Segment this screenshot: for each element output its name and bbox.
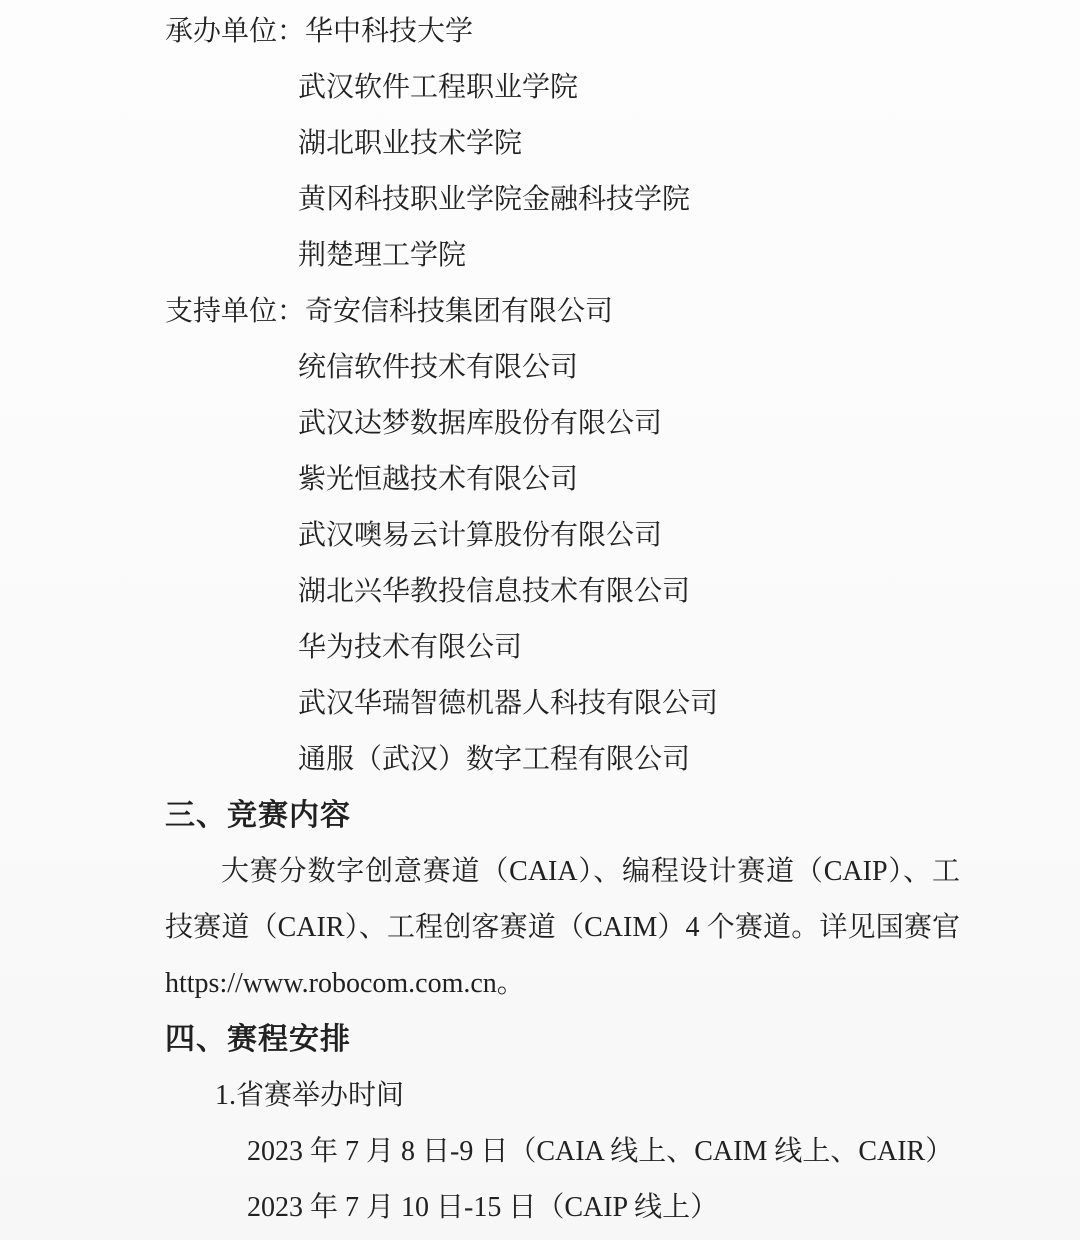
organizer-item: 武汉软件工程职业学院 [298, 60, 960, 116]
supporter-item: 武汉达梦数据库股份有限公司 [298, 396, 960, 452]
supporter-item: 华为技术有限公司 [298, 620, 960, 676]
schedule-date: 2023 年 7 月 8 日-9 日（CAIA 线上、CAIM 线上、CAIR） [247, 1124, 960, 1180]
paragraph-line: 技赛道（CAIR）、工程创客赛道（CAIM）4 个赛道。详见国赛官网 [165, 900, 960, 956]
supporter-item: 紫光恒越技术有限公司 [298, 452, 960, 508]
supporter-item: 通服（武汉）数字工程有限公司 [298, 732, 960, 788]
supporter-block: 支持单位：奇安信科技集团有限公司 统信软件技术有限公司 武汉达梦数据库股份有限公… [165, 284, 960, 788]
supporter-item: 奇安信科技集团有限公司 [305, 296, 613, 327]
organizer-item: 湖北职业技术学院 [298, 116, 960, 172]
official-site-url-text: https://www.robocom.com.cn。 [165, 956, 960, 1012]
document-page: 承办单位：华中科技大学 武汉软件工程职业学院 湖北职业技术学院 黄冈科技职业学院… [0, 0, 1080, 1240]
supporter-item: 湖北兴华教投信息技术有限公司 [298, 564, 960, 620]
section-schedule-heading: 四、赛程安排 [165, 1012, 960, 1068]
supporter-item: 武汉华瑞智德机器人科技有限公司 [298, 676, 960, 732]
section-content-heading: 三、竞赛内容 [165, 788, 960, 844]
supporter-label: 支持单位： [165, 296, 305, 327]
content-paragraph: 大赛分数字创意赛道（CAIA）、编程设计赛道（CAIP）、工程竞 技赛道（CAI… [165, 844, 960, 1012]
organizer-item: 华中科技大学 [305, 16, 473, 47]
supporter-item: 统信软件技术有限公司 [298, 340, 960, 396]
organizer-block: 承办单位：华中科技大学 武汉软件工程职业学院 湖北职业技术学院 黄冈科技职业学院… [165, 4, 960, 284]
supporter-item: 武汉噢易云计算股份有限公司 [298, 508, 960, 564]
paragraph-line: 大赛分数字创意赛道（CAIA）、编程设计赛道（CAIP）、工程竞 [165, 844, 960, 900]
organizer-label: 承办单位： [165, 16, 305, 47]
schedule-date: 2023 年 7 月 10 日-15 日（CAIP 线上） [247, 1180, 960, 1236]
organizer-first-line: 承办单位：华中科技大学 [165, 4, 960, 60]
supporter-first-line: 支持单位：奇安信科技集团有限公司 [165, 284, 960, 340]
organizer-item: 荆楚理工学院 [298, 228, 960, 284]
organizer-item: 黄冈科技职业学院金融科技学院 [298, 172, 960, 228]
schedule-item-title: 1.省赛举办时间 [215, 1068, 960, 1124]
